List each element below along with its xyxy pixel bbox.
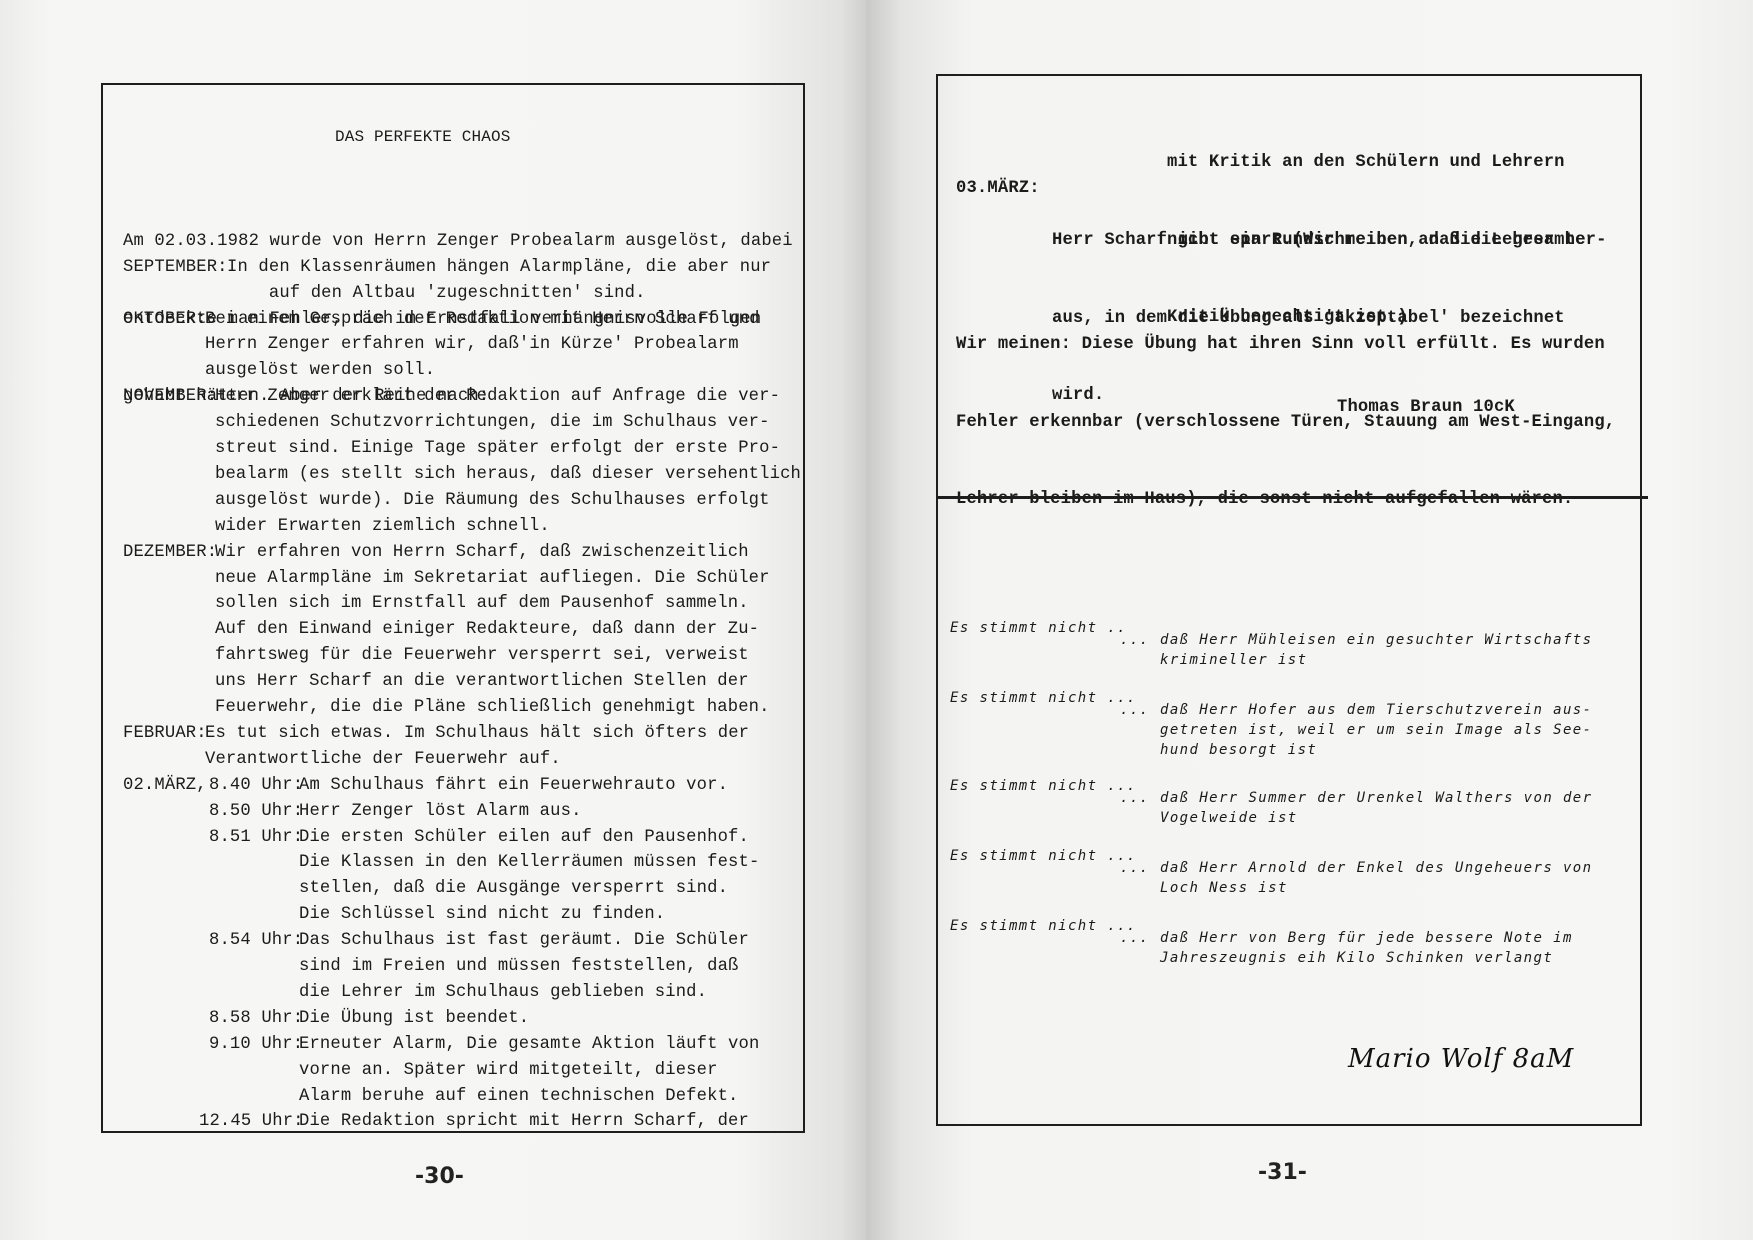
rumor-lead: Es stimmt nicht .. <box>950 618 1127 638</box>
page-number: -31- <box>1258 1160 1307 1185</box>
text-line: ausgelöst wurde). Die Räumung des Schulh… <box>215 488 801 514</box>
text-line: Die ersten Schüler eilen auf den Pausenh… <box>299 825 759 851</box>
time-event: Die Übung ist beendet. <box>299 1006 529 1032</box>
handwritten-signature: Mario Wolf 8aM <box>1348 1044 1574 1074</box>
text-line: uns Herr Scharf an die verantwortlichen … <box>215 669 770 695</box>
text-line: wider Erwarten ziemlich schnell. <box>215 514 801 540</box>
text-line: vorne an. Später wird mitgeteilt, dieser <box>299 1058 759 1084</box>
text-line: fahrtsweg für die Feuerwehr versperrt se… <box>215 643 770 669</box>
rumor-lead: Es stimmt nicht ... <box>950 916 1137 936</box>
rumor-ellipsis: ... <box>1120 788 1150 808</box>
time-event: Erneuter Alarm, Die gesamte Aktion läuft… <box>299 1032 759 1110</box>
month-text: In den Klassenräumen hängen Alarmpläne, … <box>227 255 771 307</box>
text-line: Lehrer bleiben im Haus), die sonst nicht… <box>956 487 1615 513</box>
text-line: sind im Freien und müssen feststellen, d… <box>299 954 749 980</box>
rumor-ellipsis: ... <box>1120 630 1150 650</box>
text-line: Auf den Einwand einiger Redakteure, daß … <box>215 617 770 643</box>
text-line: daß Herr Hofer aus dem Tierschutzverein … <box>1160 700 1592 720</box>
text-line: Erneuter Alarm, Die gesamte Aktion läuft… <box>299 1032 759 1058</box>
text-line: Bei einem Gespräch der Redaktion mit Her… <box>205 307 760 333</box>
text-line: Herr Zenger löst Alarm aus. <box>299 799 582 825</box>
rumor-text: daß Herr Arnold der Enkel des Ungeheuers… <box>1160 858 1592 898</box>
text-line: Herr Scharf gibt ein Rundschreiben an di… <box>1052 228 1607 254</box>
month-label: NOVEMBER: <box>123 384 217 410</box>
text-line: Das Schulhaus ist fast geräumt. Die Schü… <box>299 928 749 954</box>
article-frame: DAS PERFEKTE CHAOS Am 02.03.1982 wurde v… <box>101 83 805 1133</box>
conclusion-paragraph: Wir meinen: Diese Übung hat ihren Sinn v… <box>956 280 1615 565</box>
text-line: Herr Zenger erklärt der Redaktion auf An… <box>215 384 801 410</box>
rumor-text: daß Herr Summer der Urenkel Walthers von… <box>1160 788 1592 828</box>
intro-line: Am 02.03.1982 wurde von Herrn Zenger Pro… <box>123 229 793 255</box>
rumor-lead: Es stimmt nicht ... <box>950 776 1137 796</box>
text-line: Wir erfahren von Herrn Scharf, daß zwisc… <box>215 540 770 566</box>
text-line: Die Redaktion spricht mit Herrn Scharf, … <box>299 1109 749 1135</box>
text-line: Herrn Zenger erfahren wir, daß'in Kürze'… <box>205 332 760 358</box>
month-label: DEZEMBER: <box>123 540 217 566</box>
text-line: Die Klassen in den Kellerräumen müssen f… <box>299 850 759 876</box>
text-line: daß Herr von Berg für jede bessere Note … <box>1160 928 1573 948</box>
article-title: DAS PERFEKTE CHAOS <box>335 125 511 151</box>
text-line: die Lehrer im Schulhaus geblieben sind. <box>299 980 749 1006</box>
time-label: 12.45 Uhr: <box>199 1109 304 1135</box>
rumor-ellipsis: ... <box>1120 858 1150 878</box>
march3-label: 03.MÄRZ: <box>956 176 1040 202</box>
author-credit: Thomas Braun 10cK <box>1337 395 1515 421</box>
text-line: Am Schulhaus fährt ein Feuerwehrauto vor… <box>299 773 728 799</box>
text-line: Wir meinen: Diese Übung hat ihren Sinn v… <box>956 332 1615 358</box>
page-number: -30- <box>415 1164 464 1189</box>
text-line: daß Herr Summer der Urenkel Walthers von… <box>1160 788 1592 808</box>
text-line: Die Schlüssel sind nicht zu finden. <box>299 902 759 928</box>
rumor-ellipsis: ... <box>1120 928 1150 948</box>
rumor-text: daß Herr Hofer aus dem Tierschutzverein … <box>1160 700 1592 760</box>
time-event: Die Redaktion spricht mit Herrn Scharf, … <box>299 1109 749 1135</box>
text-line: Jahreszeugnis eih Kilo Schinken verlangt <box>1160 948 1573 968</box>
time-event: Die ersten Schüler eilen auf den Pausenh… <box>299 825 759 929</box>
time-label: 8.40 Uhr: <box>209 773 303 799</box>
text-line: In den Klassenräumen hängen Alarmpläne, … <box>227 255 771 281</box>
rumor-lead: Es stimmt nicht ... <box>950 846 1137 866</box>
month-label: OKTOBER: <box>123 307 207 333</box>
text-line: mit Kritik an den Schülern und Lehrern <box>1167 150 1586 176</box>
section-divider <box>938 496 1648 499</box>
left-page: DAS PERFEKTE CHAOS Am 02.03.1982 wurde v… <box>0 0 866 1240</box>
time-label: 8.50 Uhr: <box>209 799 303 825</box>
text-line: ausgelöst werden soll. <box>205 358 760 384</box>
text-line: Feuerwehr, die die Pläne schließlich gen… <box>215 695 770 721</box>
right-page: mit Kritik an den Schülern und Lehrern n… <box>866 0 1753 1240</box>
month-label: SEPTEMBER: <box>123 255 228 281</box>
time-label: 8.51 Uhr: <box>209 825 303 851</box>
month-text: Bei einem Gespräch der Redaktion mit Her… <box>205 307 760 385</box>
text-line: daß Herr Arnold der Enkel des Ungeheuers… <box>1160 858 1592 878</box>
text-line: krimineller ist <box>1160 650 1592 670</box>
time-label: 9.10 Uhr: <box>209 1032 303 1058</box>
text-line: schiedenen Schutzvorrichtungen, die im S… <box>215 410 801 436</box>
time-label: 8.54 Uhr: <box>209 928 303 954</box>
text-line: Die Übung ist beendet. <box>299 1006 529 1032</box>
text-line: Vogelweide ist <box>1160 808 1592 828</box>
march-label: 02.MÄRZ, <box>123 773 207 799</box>
rumor-text: daß Herr Mühleisen ein gesuchter Wirtsch… <box>1160 630 1592 670</box>
article-frame-continued: mit Kritik an den Schülern und Lehrern n… <box>936 74 1642 1126</box>
time-event: Am Schulhaus fährt ein Feuerwehrauto vor… <box>299 773 728 799</box>
text-line: Fehler erkennbar (verschlossene Türen, S… <box>956 410 1615 436</box>
time-event: Herr Zenger löst Alarm aus. <box>299 799 582 825</box>
month-label: FEBRUAR: <box>123 721 207 747</box>
month-text: Herr Zenger erklärt der Redaktion auf An… <box>215 384 801 539</box>
text-line: Alarm beruhe auf einen technischen Defek… <box>299 1084 759 1110</box>
text-line: streut sind. Einige Tage später erfolgt … <box>215 436 801 462</box>
text-line: getreten ist, weil er um sein Image als … <box>1160 720 1592 740</box>
text-line: stellen, daß die Ausgänge versperrt sind… <box>299 876 759 902</box>
rumor-text: daß Herr von Berg für jede bessere Note … <box>1160 928 1573 968</box>
text-line: Loch Ness ist <box>1160 878 1592 898</box>
text-line: neue Alarmpläne im Sekretariat aufliegen… <box>215 566 770 592</box>
time-event: Das Schulhaus ist fast geräumt. Die Schü… <box>299 928 749 1006</box>
text-line: bealarm (es stellt sich heraus, daß dies… <box>215 462 801 488</box>
text-line: daß Herr Mühleisen ein gesuchter Wirtsch… <box>1160 630 1592 650</box>
text-line: sollen sich im Ernstfall auf dem Pausenh… <box>215 591 770 617</box>
text-line: hund besorgt ist <box>1160 740 1592 760</box>
month-text: Wir erfahren von Herrn Scharf, daß zwisc… <box>215 540 770 721</box>
month-text: Es tut sich etwas. Im Schulhaus hält sic… <box>205 721 749 773</box>
time-label: 8.58 Uhr: <box>209 1006 303 1032</box>
rumor-ellipsis: ... <box>1120 700 1150 720</box>
text-line: Es tut sich etwas. Im Schulhaus hält sic… <box>205 721 749 747</box>
text-line: Verantwortliche der Feuerwehr auf. <box>205 747 749 773</box>
rumor-lead: Es stimmt nicht ... <box>950 688 1137 708</box>
text-line: auf den Altbau 'zugeschnitten' sind. <box>227 281 771 307</box>
